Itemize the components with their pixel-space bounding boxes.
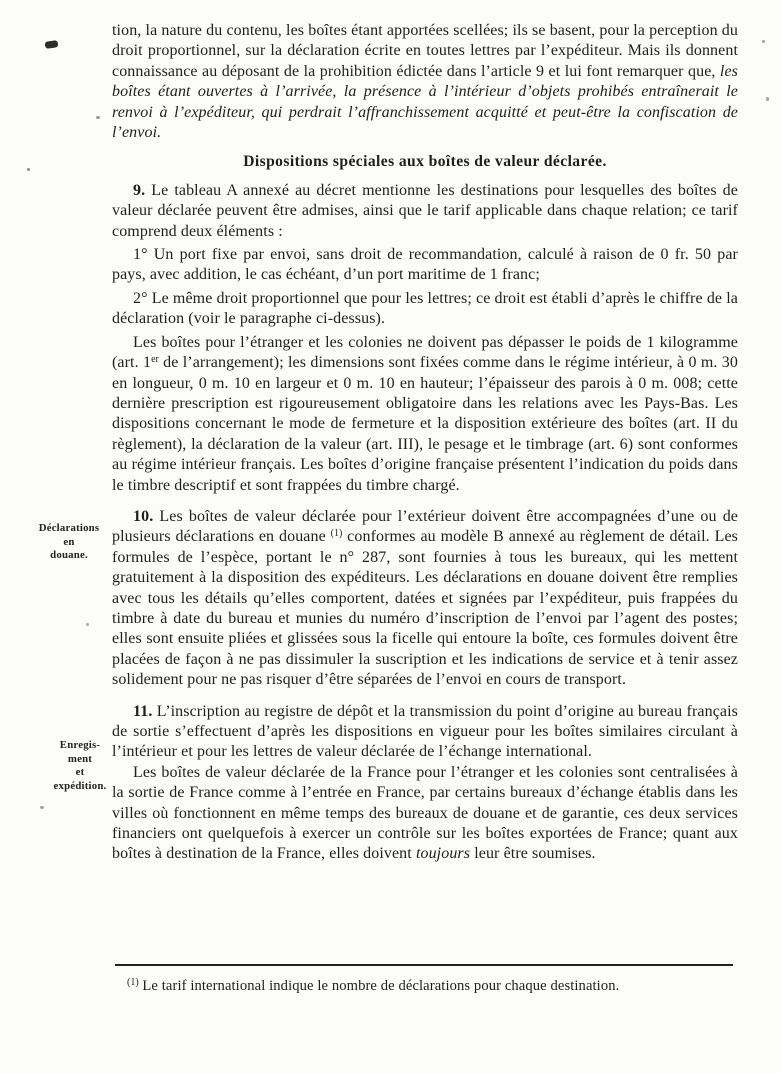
margin-note-line: et	[45, 766, 115, 780]
section-9-text: Le tableau A annexé au décret mentionne …	[112, 182, 738, 240]
section-heading: Dispositions spéciales aux boîtes de val…	[112, 152, 738, 172]
footnote: (1) Le tarif international indique le no…	[112, 977, 738, 997]
ink-speck	[766, 97, 769, 101]
section-number: 9.	[133, 182, 145, 199]
section-number: 11.	[133, 703, 152, 720]
margin-note-line: Déclarations	[29, 522, 109, 536]
dimensions-text-b: de l’arrangement); les dimensions sont f…	[112, 354, 738, 493]
ink-speck	[762, 40, 765, 43]
ink-speck	[86, 623, 89, 626]
ink-speck	[96, 116, 100, 119]
margin-note-line: ment	[45, 753, 115, 767]
intro-paragraph: tion, la nature du contenu, les boîtes é…	[112, 21, 738, 143]
ink-speck	[45, 40, 59, 49]
toujours-italic: toujours	[416, 845, 470, 862]
margin-note-line: Enregis-	[45, 739, 115, 753]
ink-speck	[40, 806, 44, 809]
section-10-paragraph: 10. Les boîtes de valeur déclarée pour l…	[112, 507, 738, 691]
section-11-text: L’inscription au registre de dépôt et la…	[112, 703, 738, 761]
margin-note-enregistrement-expedition: Enregis- ment et expédition.	[45, 739, 115, 793]
text-column: tion, la nature du contenu, les boîtes é…	[112, 21, 738, 997]
whitespace-spacer	[112, 865, 738, 965]
section-number: 10.	[133, 508, 153, 525]
centralization-text-b: leur être soumises.	[470, 845, 596, 862]
scanned-document-page: Déclarations en douane. Enregis- ment et…	[0, 0, 781, 1073]
footnote-text: Le tarif international indique le nombre…	[139, 978, 620, 994]
section-11-paragraph: 11. L’inscription au registre de dépôt e…	[112, 702, 738, 763]
footnote-marker-superscript: (1)	[331, 528, 343, 539]
section-10-text-b: conformes au modèle B annexé au règlemen…	[112, 528, 738, 688]
margin-note-declarations-en-douane: Déclarations en douane.	[29, 522, 109, 563]
ink-speck	[27, 168, 30, 171]
footnote-separator	[115, 964, 733, 966]
tariff-item-2: 2° Le même droit proportionnel que pour …	[112, 289, 738, 330]
box-dimensions-paragraph: Les boîtes pour l’étranger et les coloni…	[112, 333, 738, 496]
margin-note-line: en	[29, 536, 109, 550]
margin-note-line: expédition.	[45, 780, 115, 794]
tariff-item-1: 1° Un port fixe par envoi, sans droit de…	[112, 245, 738, 286]
ordinal-superscript: er	[151, 354, 159, 365]
section-9-paragraph: 9. Le tableau A annexé au décret mention…	[112, 181, 738, 242]
intro-text: tion, la nature du contenu, les boîtes é…	[112, 22, 738, 80]
footnote-number: (1)	[127, 977, 139, 988]
margin-note-line: douane.	[29, 549, 109, 563]
centralization-paragraph: Les boîtes de valeur déclarée de la Fran…	[112, 763, 738, 865]
